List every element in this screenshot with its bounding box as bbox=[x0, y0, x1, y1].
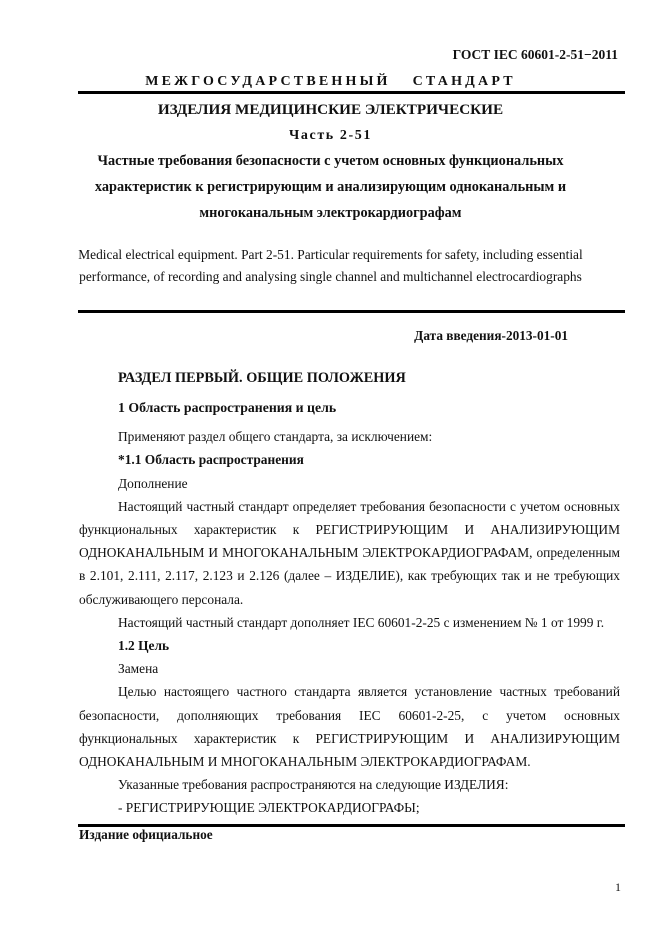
clause-1-text: Применяют раздел общего стандарта, за ис… bbox=[79, 425, 620, 448]
official-edition-label: Издание официальное bbox=[79, 827, 213, 843]
clause-1-2-paragraph-1: Целью настоящего частного стандарта явля… bbox=[79, 680, 620, 773]
clause-1-1-heading: *1.1 Область распространения bbox=[79, 448, 620, 471]
document-part: Часть 2-51 bbox=[0, 128, 661, 144]
clause-1-1-paragraph-2: Настоящий частный стандарт дополняет IEC… bbox=[79, 611, 620, 634]
document-body: 1 Область распространения и цель Применя… bbox=[79, 396, 620, 820]
header-word-interstate: МЕЖГОСУДАРСТВЕННЫЙ bbox=[145, 74, 390, 89]
clause-1-2-label: Замена bbox=[79, 657, 620, 680]
header-rule bbox=[78, 91, 625, 94]
section-heading: РАЗДЕЛ ПЕРВЫЙ. ОБЩИЕ ПОЛОЖЕНИЯ bbox=[118, 370, 406, 387]
english-title: Medical electrical equipment. Part 2-51.… bbox=[60, 244, 601, 288]
clause-1-1-paragraph-1: Настоящий частный стандарт определяет тр… bbox=[79, 495, 620, 611]
page-number: 1 bbox=[615, 880, 621, 895]
clause-1-2-heading: 1.2 Цель bbox=[79, 634, 620, 657]
title-rule bbox=[78, 310, 625, 313]
document-title: ИЗДЕЛИЯ МЕДИЦИНСКИЕ ЭЛЕКТРИЧЕСКИЕ bbox=[0, 101, 661, 119]
clause-1-1-label: Дополнение bbox=[79, 472, 620, 495]
clause-1-heading: 1 Область распространения и цель bbox=[79, 396, 620, 419]
clause-1-2-paragraph-2: Указанные требования распространяются на… bbox=[79, 773, 620, 796]
interstate-standard-header: МЕЖГОСУДАРСТВЕННЫЙСТАНДАРТ bbox=[0, 74, 661, 90]
clause-1-2-list-item: - РЕГИСТРИРУЮЩИЕ ЭЛЕКТРОКАРДИОГРАФЫ; bbox=[79, 796, 620, 819]
gost-code: ГОСТ IEC 60601-2-51−2011 bbox=[453, 47, 618, 63]
document-subtitle: Частные требования безопасности с учетом… bbox=[60, 148, 601, 226]
introduction-date: Дата введения-2013-01-01 bbox=[414, 328, 568, 344]
header-word-standard: СТАНДАРТ bbox=[413, 74, 516, 89]
